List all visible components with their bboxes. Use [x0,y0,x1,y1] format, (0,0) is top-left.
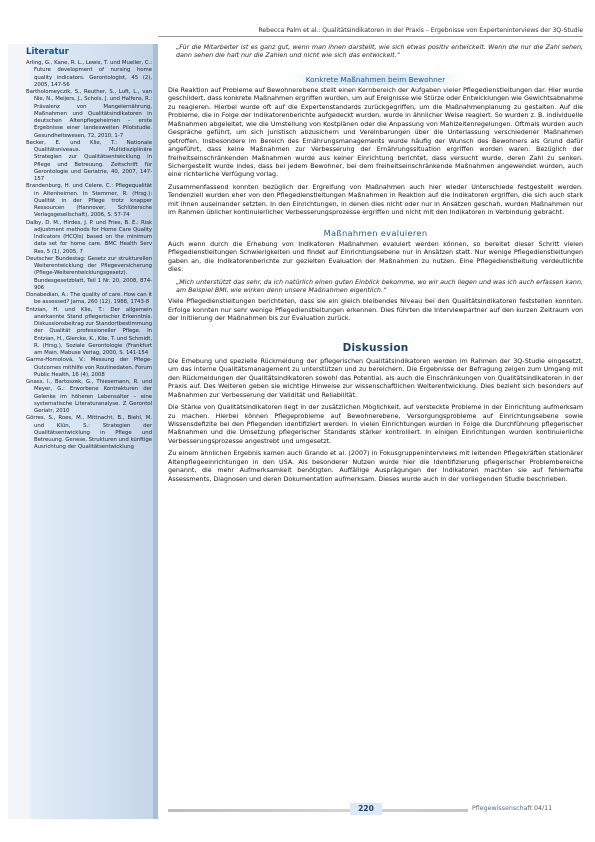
heading-text: Konkrete Maßnahmen beim Bewohner [288,74,464,85]
reference-item: Becker, E. und Klie, T.: Nationale Quali… [26,140,152,184]
section-heading-konkrete-massnahmen: Konkrete Maßnahmen beim Bewohner [168,75,583,84]
running-head: Rebecca Palm et al.: Qualitätsindikatore… [158,27,583,37]
reference-item: Bartholomeyczik, S., Reuther, S., Luft, … [26,89,152,140]
body-paragraph: Die Reaktion auf Probleme auf Bewohnereb… [168,87,583,180]
reference-item: Donabedian, A.: The quality of care. How… [26,292,152,307]
interview-quote: „Mich unterstützt das sehr, da ich natür… [168,279,583,296]
body-paragraph: Viele Pflegedienstleitungen berichteten,… [168,298,583,323]
reference-item: Arling, G., Kane, R. L., Lewis, T. und M… [26,60,152,89]
reference-item: Gnass, I., Bartoszek, G., Thiesemann, R.… [26,379,152,415]
journal-name: Pflegewissenschaft 04/11 [472,804,587,814]
reference-item: Görres, S., Roes, M., Mittnacht, B., Bie… [26,415,152,451]
body-paragraph: Zu einem ähnlichen Ergebnis kamen auch G… [168,450,583,484]
sidebar-edge [153,44,158,819]
reference-item: Dalby, D. M., Hirdes, J. P. und Fries, B… [26,220,152,256]
body-paragraph: Auch wenn durch die Erhebung von Indikat… [168,241,583,275]
body-paragraph: Die Erhebung und spezielle Rückmeldung d… [168,358,583,400]
journal-title: Pflegewissenschaft [472,805,532,812]
page-number: 220 [350,803,382,815]
body-paragraph: Die Stärke von Qualitätsindikatoren lieg… [168,404,583,446]
reference-item: Brandenburg, H. und Celere, C.: Pflegequ… [26,183,152,219]
section-heading-diskussion: Diskussion [168,342,583,354]
reference-item: Entzian, H. und Klie, T.: Der allgemein … [26,307,152,358]
reference-item: Deutscher Bundestag: Gesetz zur struktur… [26,256,152,292]
section-heading-massnahmen-evaluieren: Maßnahmen evaluieren [168,228,583,238]
reference-list: Arling, G., Kane, R. L., Lewis, T. und M… [26,60,152,452]
interview-quote: „Für die Mitarbeiter ist es ganz gut, we… [168,44,583,61]
main-column: „Für die Mitarbeiter ist es ganz gut, we… [168,44,583,488]
journal-issue: 04/11 [534,805,552,812]
footer-rule [168,809,468,812]
body-paragraph: Zusammenfassend konnten bezüglich der Er… [168,184,583,218]
reference-item: Garms-Homolová, V.: Messung der Pflege-O… [26,357,152,379]
sidebar-title: Literatur [26,46,151,58]
